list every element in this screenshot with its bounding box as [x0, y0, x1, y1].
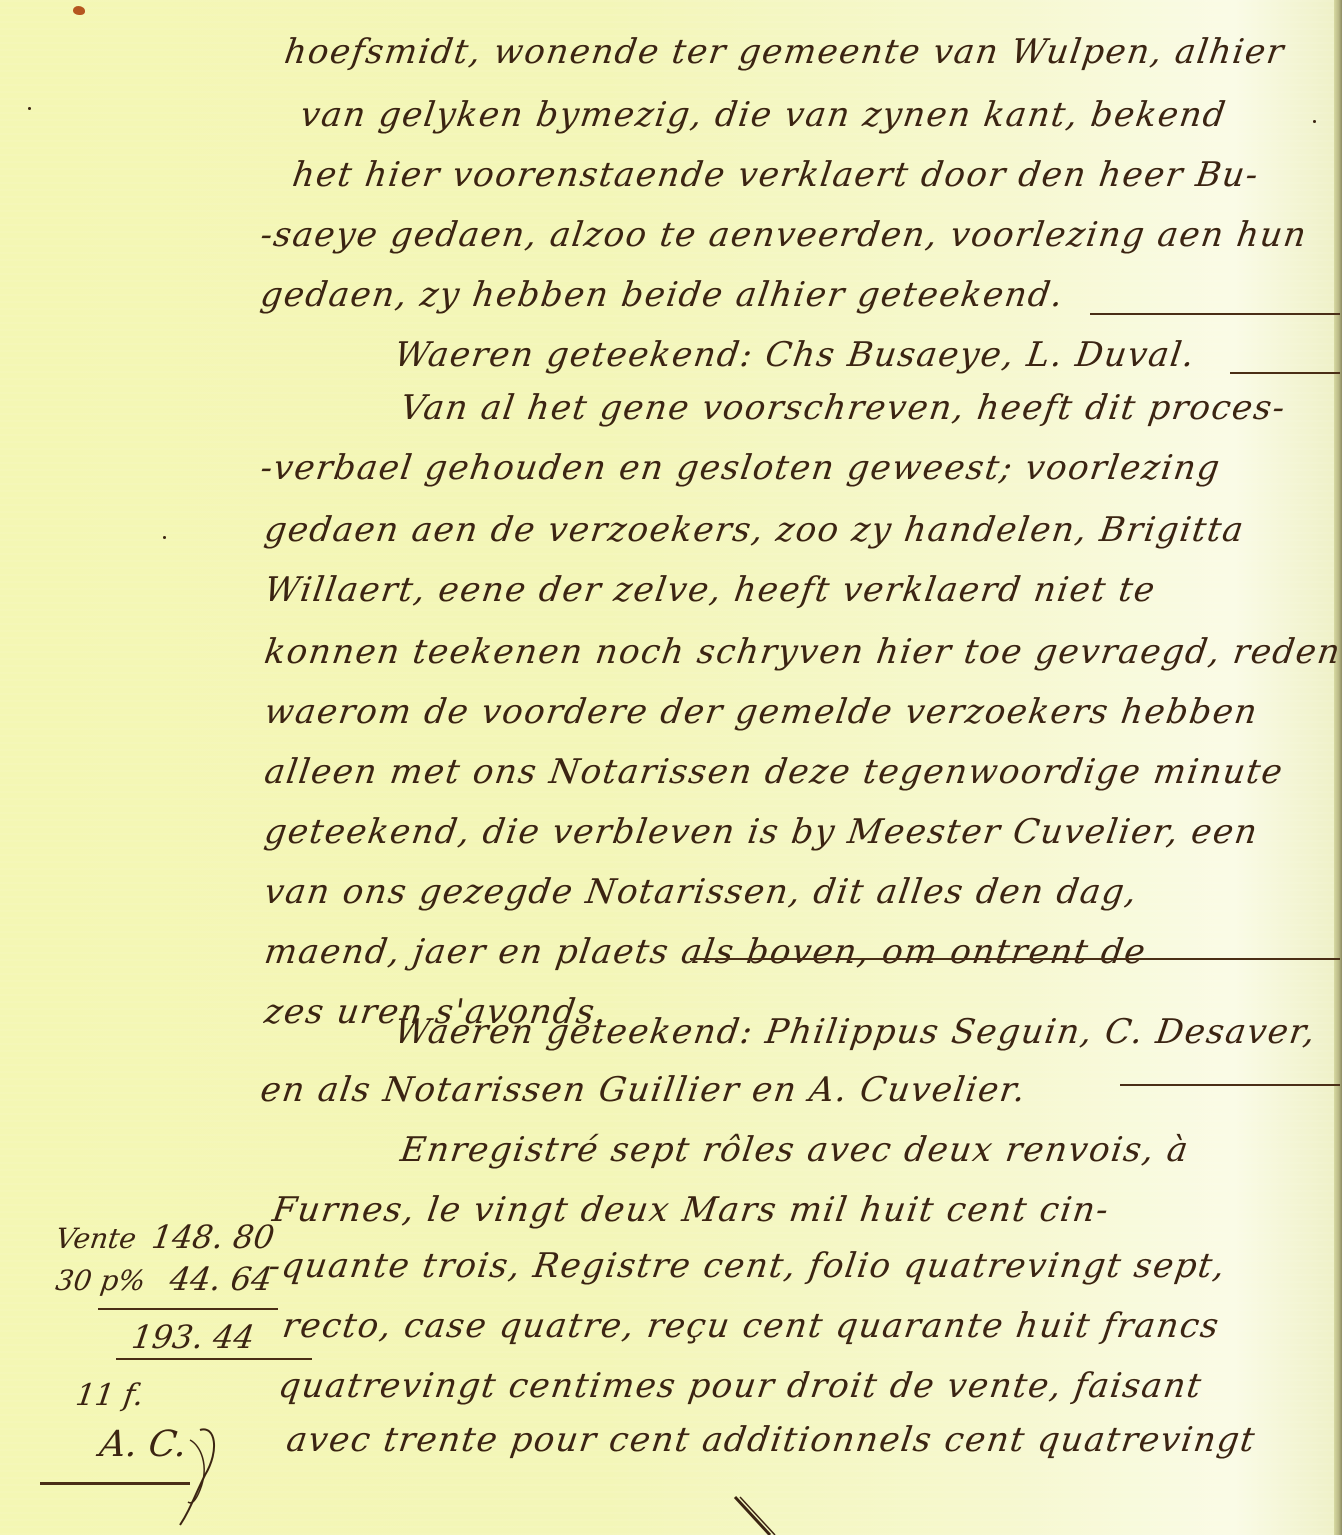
margin-value-vente: 148. 80 — [149, 1218, 276, 1256]
line-filler-rule — [690, 958, 1340, 960]
text-line: Furnes, le vingt deux Mars mil huit cent… — [270, 1190, 1112, 1230]
margin-value-total: 193. 44 — [129, 1318, 256, 1356]
signatures-line: Waeren geteekend: Chs Busaeye, L. Duval. — [392, 335, 1198, 375]
text-line: hoefsmidt, wonende ter gemeente van Wulp… — [282, 32, 1287, 72]
pen-stroke-mark — [730, 1495, 780, 1535]
text-line: geteekend, die verbleven is by Meester C… — [262, 812, 1261, 852]
registration-line: Enregistré sept rôles avec deux renvois,… — [398, 1130, 1192, 1170]
text-line: gedaen aen de verzoekers, zoo zy handele… — [262, 510, 1247, 550]
margin-value-percent: 44. 64 — [167, 1260, 274, 1298]
text-line: gedaen, zy hebben beide alhier geteekend… — [258, 275, 1067, 315]
text-line: avec trente pour cent additionnels cent … — [284, 1420, 1258, 1460]
text-line: Van al het gene voorschreven, heeft dit … — [398, 388, 1289, 428]
text-line: van gelyken bymezig, die van zynen kant,… — [298, 95, 1229, 135]
text-line: -saeye gedaen, alzoo te aenveerden, voor… — [258, 215, 1310, 255]
paper-speck — [28, 107, 31, 110]
text-line: -quante trois, Registre cent, folio quat… — [266, 1246, 1228, 1286]
text-line: waerom de voordere der gemelde verzoeker… — [262, 692, 1261, 732]
margin-label-percent: 30 p% — [54, 1264, 148, 1297]
signatures-line: Waeren geteekend: Philippus Seguin, C. D… — [392, 1012, 1319, 1052]
line-filler-rule — [1090, 313, 1340, 315]
margin-label-vente: Vente — [54, 1222, 139, 1255]
text-line: alleen met ons Notarissen deze tegenwoor… — [262, 752, 1286, 792]
document-page: hoefsmidt, wonende ter gemeente van Wulp… — [0, 0, 1342, 1535]
text-line: maend, jaer en plaets als boven, om ontr… — [262, 932, 1149, 972]
sum-rule — [98, 1308, 278, 1310]
paper-speck — [163, 536, 166, 539]
text-line: quatrevingt centimes pour droit de vente… — [276, 1366, 1205, 1406]
paper-speck — [1313, 120, 1316, 123]
line-filler-rule — [1120, 1084, 1340, 1086]
text-line: -verbael gehouden en gesloten geweest; v… — [258, 448, 1223, 488]
text-line: en als Notarissen Guillier en A. Cuvelie… — [258, 1070, 1029, 1110]
margin-folio-note: 11 f. — [74, 1378, 146, 1413]
paraph-flourish-icon — [170, 1420, 230, 1530]
text-line: konnen teekenen noch schryven hier toe g… — [262, 632, 1342, 672]
text-line: recto, case quatre, reçu cent quarante h… — [280, 1306, 1222, 1346]
line-filler-rule — [1230, 372, 1340, 374]
text-line: van ons gezegde Notarissen, dit alles de… — [262, 872, 1140, 912]
page-binding-edge — [1334, 0, 1342, 1535]
signature-underline — [40, 1482, 190, 1485]
text-line: Willaert, eene der zelve, heeft verklaer… — [262, 570, 1159, 610]
text-line: het hier voorenstaende verklaert door de… — [290, 155, 1262, 195]
ink-stain-mark — [73, 6, 85, 15]
total-underline — [116, 1358, 312, 1360]
